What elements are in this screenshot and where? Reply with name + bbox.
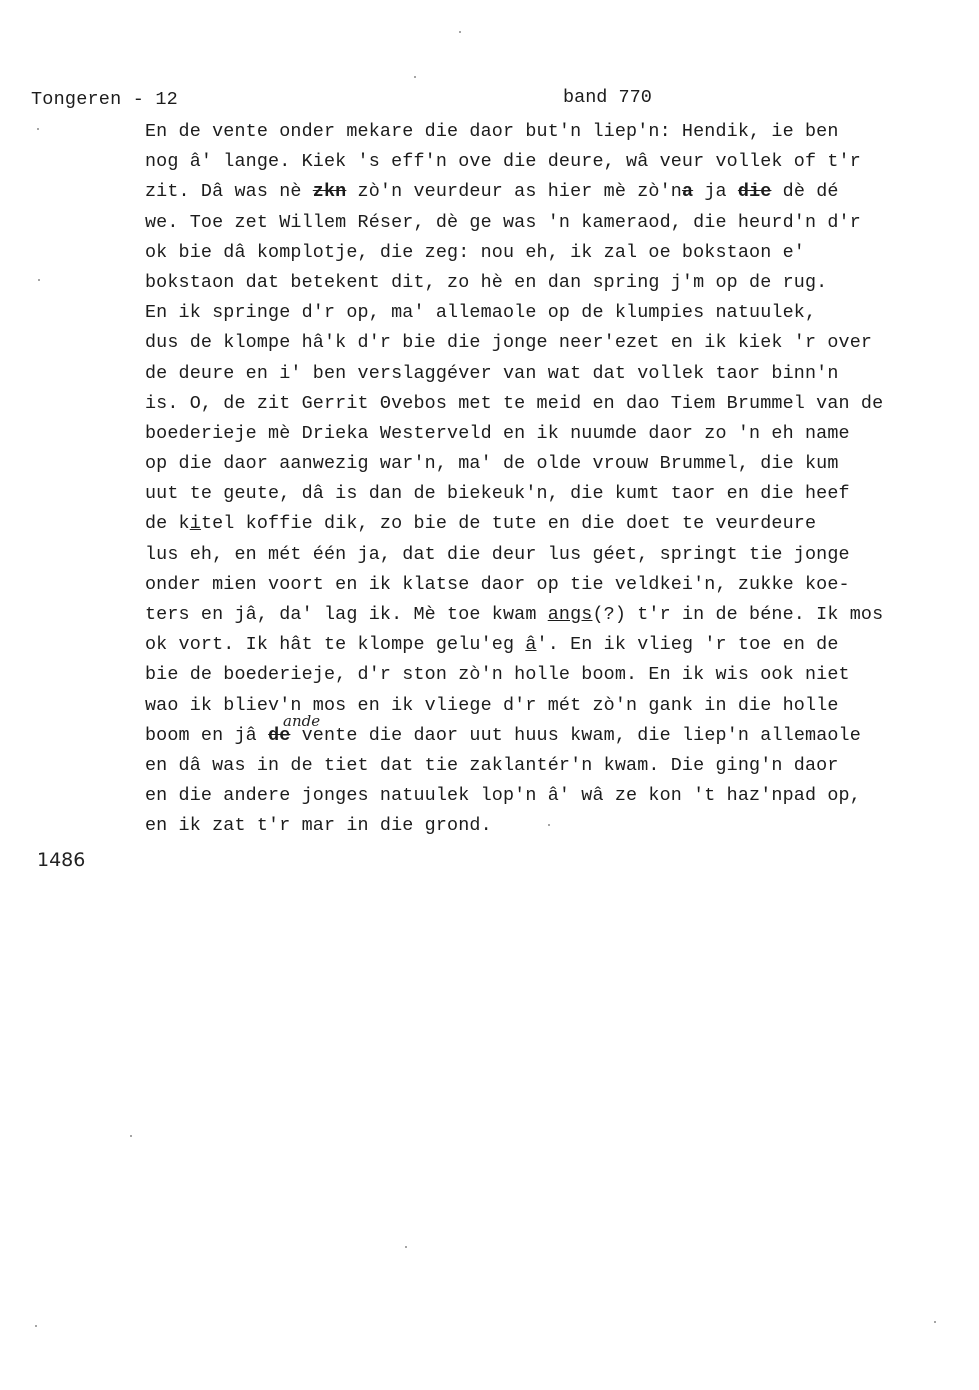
text-line: de kitel koffie dik, zo bie de tute en d… xyxy=(145,509,975,539)
text-segment: (?) t'r in de béne. Ik mos xyxy=(592,604,883,625)
text-line: wao ik bliev'n mos en ik vliege d'r mét … xyxy=(145,691,975,721)
text-line: op die daor aanwezig war'n, ma' de olde … xyxy=(145,449,975,479)
scan-speck xyxy=(35,1325,37,1327)
text-segment: op die daor aanwezig war'n, ma' de olde … xyxy=(145,453,839,474)
text-line: en ik zat t'r mar in die grond. xyxy=(145,811,975,841)
text-segment: de k xyxy=(145,513,190,534)
scan-speck xyxy=(405,1246,407,1248)
text-line: En de vente onder mekare die daor but'n … xyxy=(145,117,975,147)
text-segment: ok vort. Ik hât te klompe gelu'eg xyxy=(145,634,525,655)
scan-speck xyxy=(37,128,39,130)
scan-speck xyxy=(459,31,461,33)
text-segment: de deure en i' ben verslaggéver van wat … xyxy=(145,363,839,384)
text-segment: ok bie dâ komplotje, die zeg: nou eh, ik… xyxy=(145,242,805,263)
struck-text: zkn xyxy=(313,181,347,202)
text-segment: is. O, de zit Gerrit Θvebos met te meid … xyxy=(145,393,883,414)
text-segment: uut te geute, dâ is dan de biekeuk'n, di… xyxy=(145,483,850,504)
text-line: En ik springe d'r op, ma' allemaole op d… xyxy=(145,298,975,328)
text-segment: En de vente onder mekare die daor but'n … xyxy=(145,121,839,142)
text-segment: bokstaon dat betekent dit, zo hè en dan … xyxy=(145,272,827,293)
text-segment: en dâ was in de tiet dat tie zaklantér'n… xyxy=(145,755,839,776)
scan-speck xyxy=(130,1135,132,1137)
text-line: bokstaon dat betekent dit, zo hè en dan … xyxy=(145,268,975,298)
text-segment: ters en jâ, da' lag ik. Mè toe kwam xyxy=(145,604,548,625)
text-line: bie de boederieje, d'r ston zò'n holle b… xyxy=(145,660,975,690)
text-line: onder mien voort en ik klatse daor op ti… xyxy=(145,570,975,600)
underlined-text: i xyxy=(190,513,201,534)
text-line: boederieje mè Drieka Westerveld en ik nu… xyxy=(145,419,975,449)
text-segment: En ik springe d'r op, ma' allemaole op d… xyxy=(145,302,816,323)
text-segment: dè dé xyxy=(771,181,838,202)
text-line: lus eh, en mét één ja, dat die deur lus … xyxy=(145,540,975,570)
text-segment: onder mien voort en ik klatse daor op ti… xyxy=(145,574,850,595)
document-page: Tongeren - 12 band 770 En de vente onder… xyxy=(0,0,979,1390)
text-segment: lus eh, en mét één ja, dat die deur lus … xyxy=(145,544,850,565)
header-tape-number: band 770 xyxy=(563,87,652,108)
text-segment: wao ik bliev'n mos en ik vliege d'r mét … xyxy=(145,695,839,716)
struck-text: die xyxy=(738,181,772,202)
scan-speck xyxy=(548,824,550,826)
text-segment: zit. Dâ was nè xyxy=(145,181,313,202)
text-segment: en ik zat t'r mar in die grond. xyxy=(145,815,492,836)
text-segment: tel koffie dik, zo bie de tute en die do… xyxy=(201,513,816,534)
text-segment: dus de klompe hâ'k d'r bie die jonge nee… xyxy=(145,332,872,353)
text-segment: nog â' lange. Kiek 's eff'n ove die deur… xyxy=(145,151,861,172)
text-line: zit. Dâ was nè zkn zò'n veurdeur as hier… xyxy=(145,177,975,207)
text-segment: ja xyxy=(693,181,738,202)
text-line: is. O, de zit Gerrit Θvebos met te meid … xyxy=(145,389,975,419)
text-line: en dâ was in de tiet dat tie zaklantér'n… xyxy=(145,751,975,781)
text-line: en die andere jonges natuulek lop'n â' w… xyxy=(145,781,975,811)
transcript-body: En de vente onder mekare die daor but'n … xyxy=(145,117,975,842)
text-line: de deure en i' ben verslaggéver van wat … xyxy=(145,359,975,389)
text-line: ters en jâ, da' lag ik. Mè toe kwam angs… xyxy=(145,600,975,630)
text-segment: boom en jâ xyxy=(145,725,268,746)
header-location: Tongeren - 12 xyxy=(31,89,178,110)
margin-page-number: 1486 xyxy=(37,849,85,871)
text-line: uut te geute, dâ is dan de biekeuk'n, di… xyxy=(145,479,975,509)
struck-text: a xyxy=(682,181,693,202)
handwritten-correction: ande xyxy=(283,712,320,730)
text-segment: en die andere jonges natuulek lop'n â' w… xyxy=(145,785,861,806)
underlined-text: â xyxy=(525,634,536,655)
text-line: dus de klompe hâ'k d'r bie die jonge nee… xyxy=(145,328,975,358)
text-line: ok vort. Ik hât te klompe gelu'eg â'. En… xyxy=(145,630,975,660)
scan-speck xyxy=(414,76,416,78)
text-segment: bie de boederieje, d'r ston zò'n holle b… xyxy=(145,664,850,685)
text-line: boom en jâ de vente die daor uut huus kw… xyxy=(145,721,975,751)
text-line: we. Toe zet Willem Réser, dè ge was 'n k… xyxy=(145,208,975,238)
underlined-text: angs xyxy=(548,604,593,625)
text-segment: vente die daor uut huus kwam, die liep'n… xyxy=(290,725,861,746)
text-line: nog â' lange. Kiek 's eff'n ove die deur… xyxy=(145,147,975,177)
text-line: ok bie dâ komplotje, die zeg: nou eh, ik… xyxy=(145,238,975,268)
scan-speck xyxy=(934,1321,936,1323)
scan-speck xyxy=(38,279,40,281)
text-segment: '. En ik vlieg 'r toe en de xyxy=(537,634,839,655)
text-segment: boederieje mè Drieka Westerveld en ik nu… xyxy=(145,423,850,444)
text-segment: zò'n veurdeur as hier mè zò'n xyxy=(346,181,682,202)
text-segment: we. Toe zet Willem Réser, dè ge was 'n k… xyxy=(145,212,861,233)
